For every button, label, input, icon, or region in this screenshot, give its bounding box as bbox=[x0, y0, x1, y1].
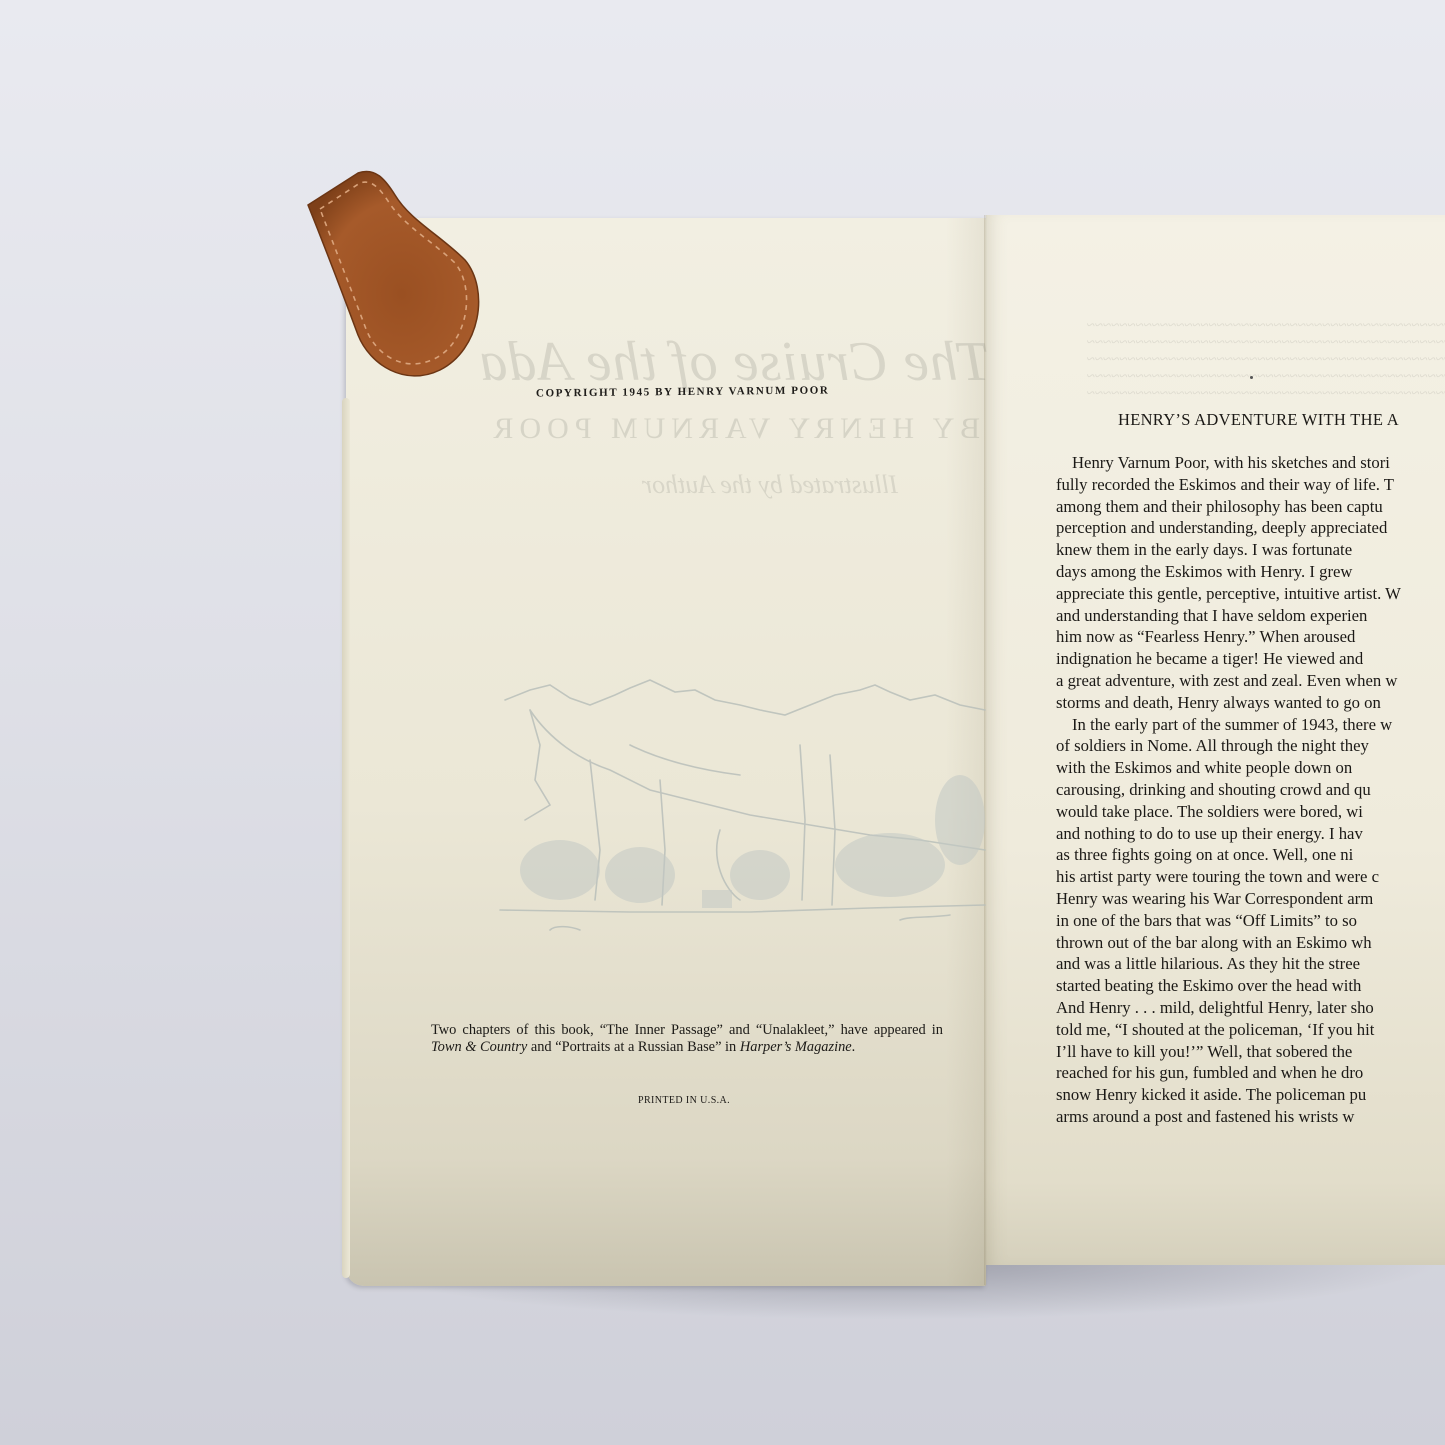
text-line: and nothing to do to use up their energy… bbox=[1056, 823, 1445, 845]
credits-text-1: Two chapters of this book, “The Inner Pa… bbox=[431, 1022, 943, 1038]
photo-scene: The Cruise of the Ada BY HENRY VARNUM PO… bbox=[0, 0, 1445, 1445]
text-line: as three fights going on at once. Well, … bbox=[1056, 844, 1445, 866]
text-line: him now as “Fearless Henry.” When arouse… bbox=[1056, 626, 1445, 648]
ghost-illustrated-text: Illustrated by the Author bbox=[580, 470, 960, 500]
text-line: among them and their philosophy has been… bbox=[1056, 496, 1445, 518]
text-line: and was a little hilarious. As they hit … bbox=[1056, 953, 1445, 975]
text-line: started beating the Eskimo over the head… bbox=[1056, 975, 1445, 997]
text-line: told me, “I shouted at the policeman, ‘I… bbox=[1056, 1019, 1445, 1041]
text-line: days among the Eskimos with Henry. I gre… bbox=[1056, 561, 1445, 583]
text-line: a great adventure, with zest and zeal. E… bbox=[1056, 670, 1445, 692]
ghost-byline-text: BY HENRY VARNUM POOR bbox=[530, 412, 980, 446]
text-line: In the early part of the summer of 1943,… bbox=[1056, 714, 1445, 736]
text-line: his artist party were touring the town a… bbox=[1056, 866, 1445, 888]
text-line: arms around a post and fastened his wris… bbox=[1056, 1106, 1445, 1128]
text-line: Henry was wearing his War Correspondent … bbox=[1056, 888, 1445, 910]
credits-italic-town-country: Town & Country bbox=[431, 1039, 527, 1055]
text-line: Henry Varnum Poor, with his sketches and… bbox=[1056, 452, 1445, 474]
text-line: I’ll have to kill you!’” Well, that sobe… bbox=[1056, 1041, 1445, 1063]
credits-italic-harpers: Harper’s Magazine bbox=[740, 1039, 852, 1055]
ink-speck bbox=[1250, 376, 1253, 379]
text-line: and understanding that I have seldom exp… bbox=[1056, 605, 1445, 627]
text-line: thrown out of the bar along with an Eski… bbox=[1056, 932, 1445, 954]
chapter-title: HENRY’S ADVENTURE WITH THE A bbox=[1118, 410, 1399, 430]
text-line: with the Eskimos and white people down o… bbox=[1056, 757, 1445, 779]
text-line: storms and death, Henry always wanted to… bbox=[1056, 692, 1445, 714]
credits-text-2: and “Portraits at a Russian Base” in bbox=[527, 1039, 740, 1055]
ghost-right-text: ~~~~~~~~~~~~~~~~~~~~~~~~~~~~~~~~~~~~~~~~… bbox=[1052, 318, 1445, 403]
credits-text-3: . bbox=[852, 1039, 856, 1055]
text-line: reached for his gun, fumbled and when he… bbox=[1056, 1062, 1445, 1084]
page-edges bbox=[342, 398, 350, 1278]
text-line: of soldiers in Nome. All through the nig… bbox=[1056, 735, 1445, 757]
landscape-sketch bbox=[490, 650, 990, 940]
text-line: indignation he became a tiger! He viewed… bbox=[1056, 648, 1445, 670]
text-line: would take place. The soldiers were bore… bbox=[1056, 801, 1445, 823]
text-line: fully recorded the Eskimos and their way… bbox=[1056, 474, 1445, 496]
text-line: carousing, drinking and shouting crowd a… bbox=[1056, 779, 1445, 801]
leather-bookmark bbox=[300, 165, 490, 395]
text-line: perception and understanding, deeply app… bbox=[1056, 517, 1445, 539]
printed-in-usa: PRINTED IN U.S.A. bbox=[638, 1095, 730, 1106]
text-line: knew them in the early days. I was fortu… bbox=[1056, 539, 1445, 561]
publication-credits: Two chapters of this book, “The Inner Pa… bbox=[431, 1022, 943, 1056]
text-line: snow Henry kicked it aside. The policema… bbox=[1056, 1084, 1445, 1106]
text-line: appreciate this gentle, perceptive, intu… bbox=[1056, 583, 1445, 605]
text-line: in one of the bars that was “Off Limits”… bbox=[1056, 910, 1445, 932]
text-line: And Henry . . . mild, delightful Henry, … bbox=[1056, 997, 1445, 1019]
foreword-body-text: Henry Varnum Poor, with his sketches and… bbox=[1056, 452, 1445, 1128]
